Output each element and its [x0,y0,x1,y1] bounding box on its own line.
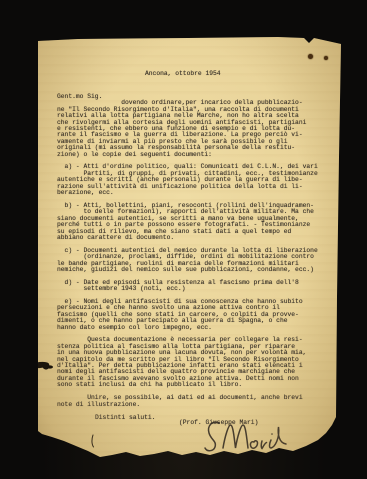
closing-line: Distinti saluti. [95,415,155,421]
letter-body: Gent.mo Sig. dovendo ordinare,per incari… [57,94,318,408]
ink-blot [38,358,56,374]
date-line: Ancona, ottobre 1954 [145,71,221,77]
photo-background: { "scene": { "background_color": "#0b0a0… [0,0,367,479]
ink-dot-icon [324,56,328,60]
handwritten-signature [201,417,291,457]
ink-dot-icon [308,54,313,59]
pen-tick-mark [88,433,98,451]
letter-paper: Ancona, ottobre 1954 Gent.mo Sig. dovend… [38,37,341,461]
